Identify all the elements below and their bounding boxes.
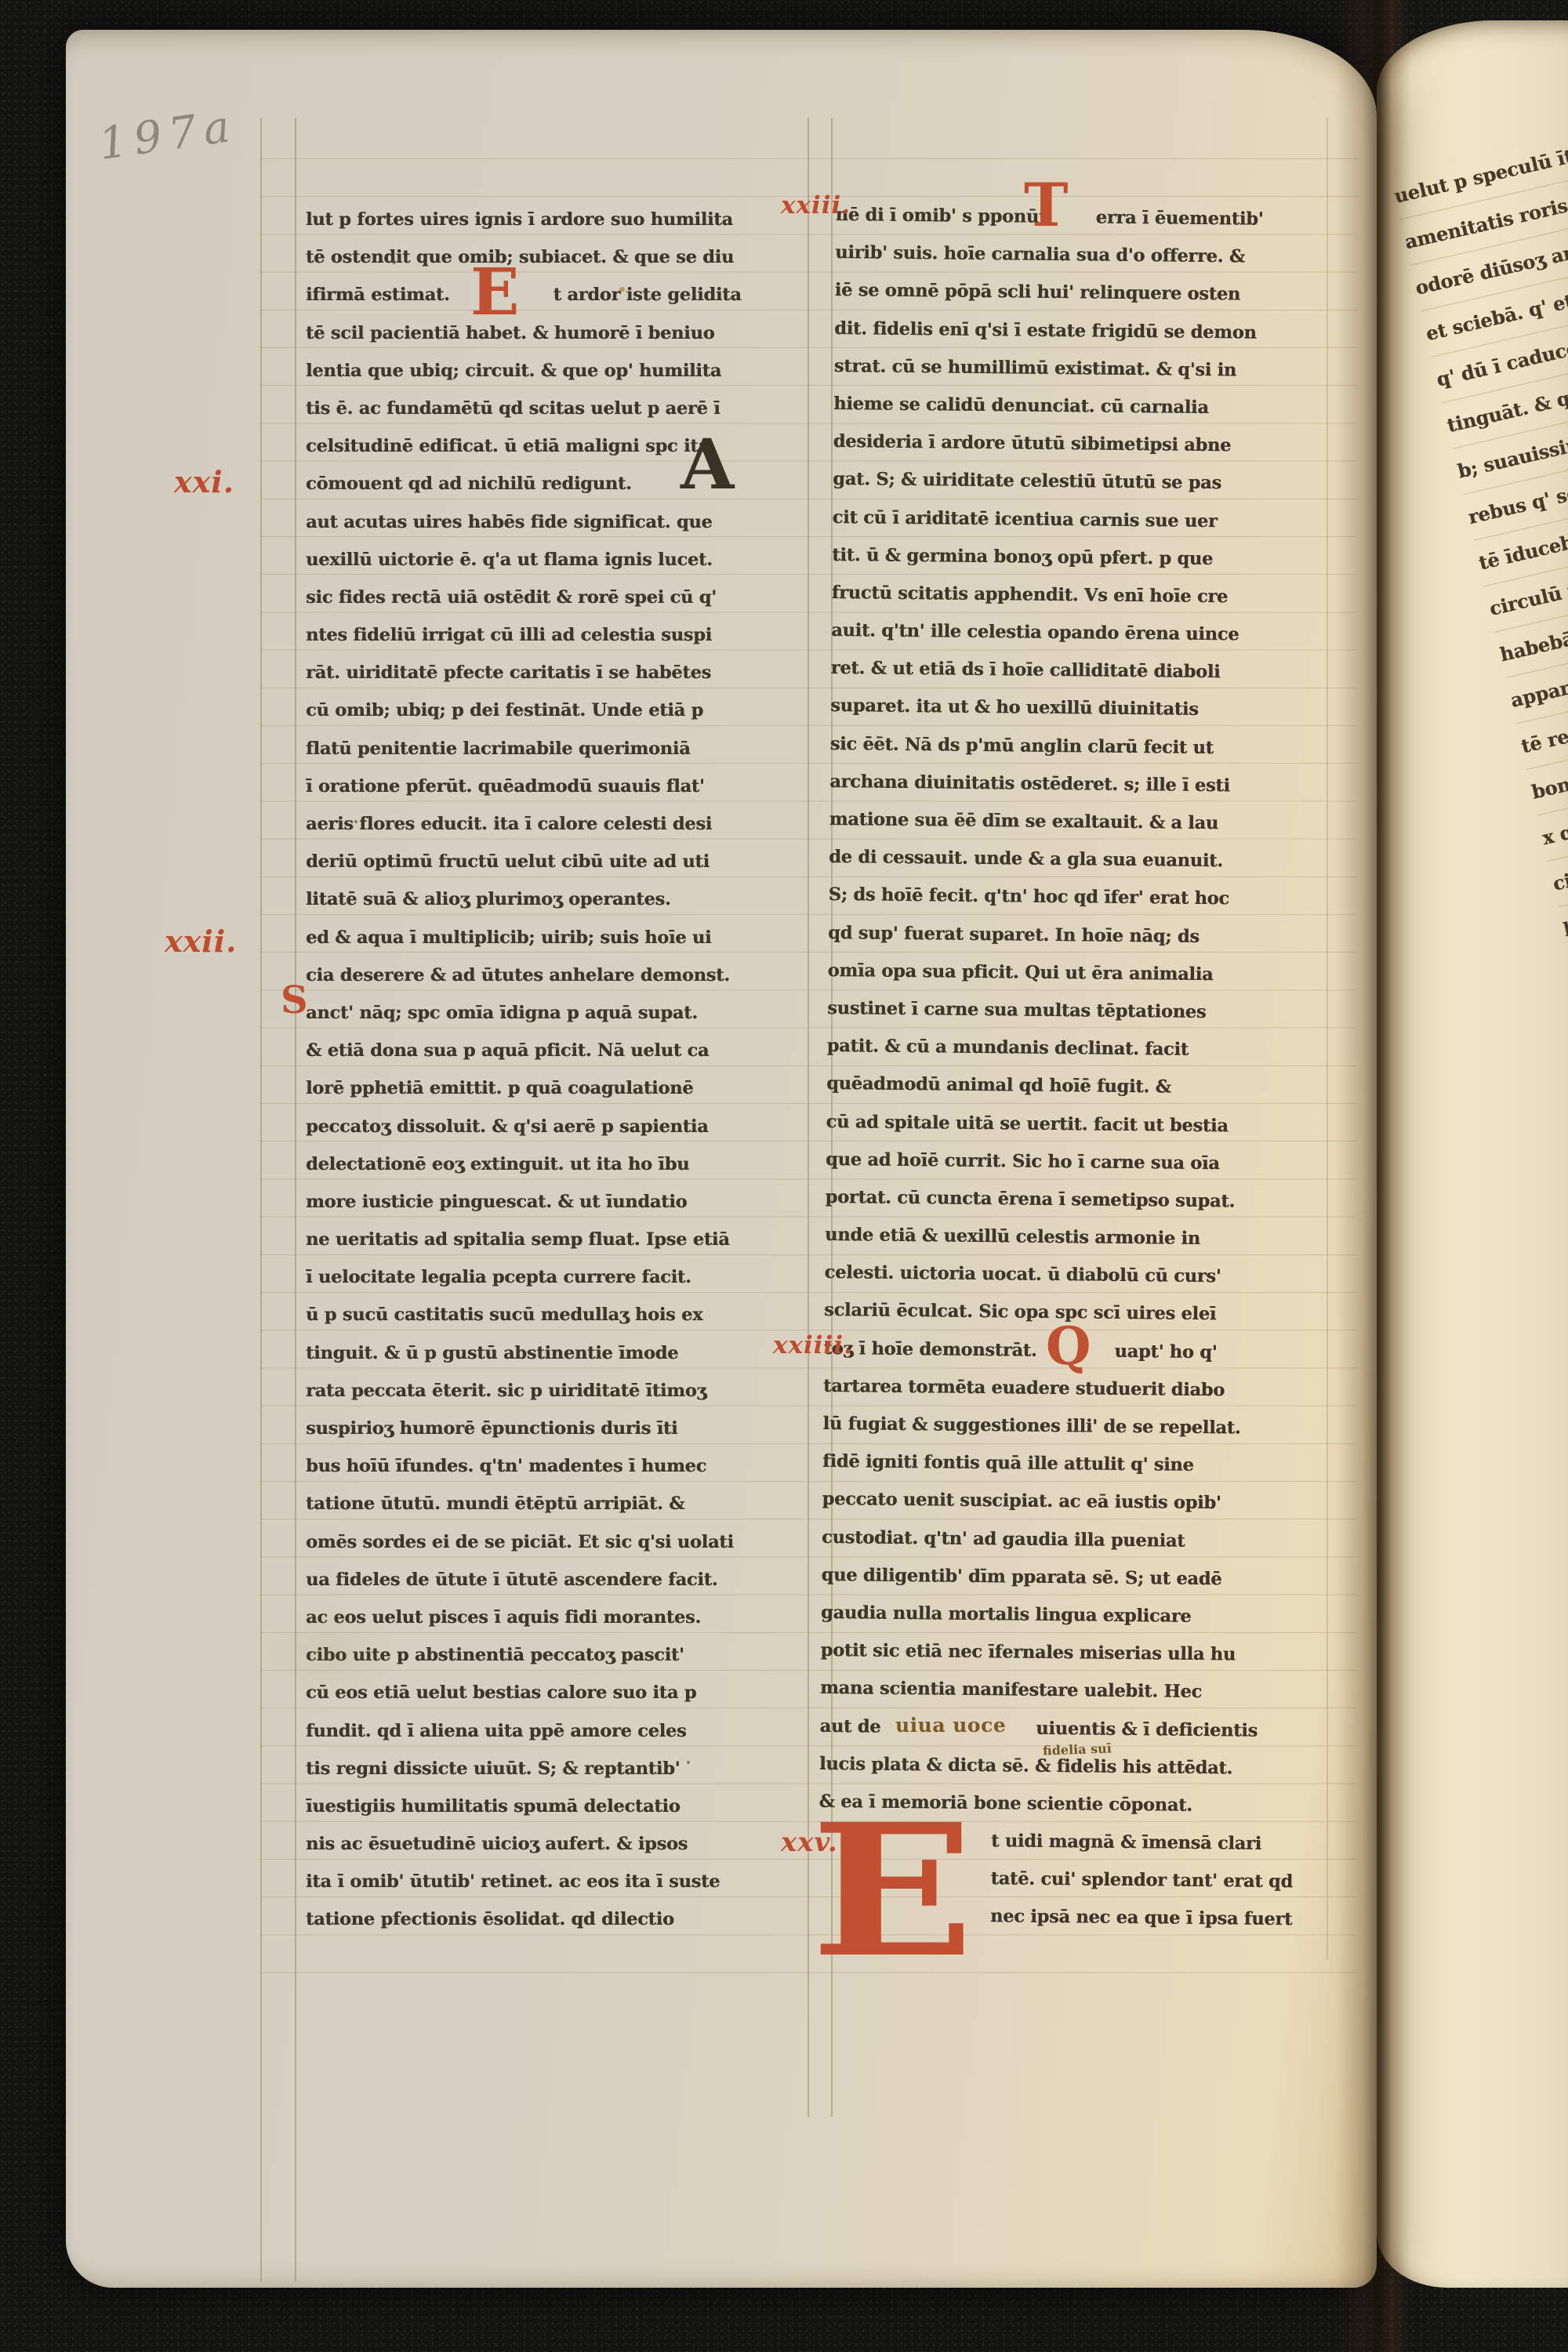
- manuscript-line: bus hoīū īfundes. q'tn' madentes ī humec: [306, 1447, 729, 1485]
- manuscript-line: archana diuinitatis ostēderet. s; ille ī…: [829, 763, 1316, 806]
- manuscript-line: peccato uenit suscipiat. ac eā iustis op…: [822, 1480, 1308, 1523]
- manuscript-line: sic ēēt. Nā ds p'mū anglin clarū fecit u…: [829, 725, 1316, 768]
- initial-S-red: S: [281, 982, 308, 1019]
- ruling-line-center-left: [808, 118, 809, 2117]
- manuscript-line: cū omib; ubiq; p dei festināt. Unde etiā…: [306, 691, 729, 729]
- manuscript-line: gaudia nulla mortalis lingua explicare: [821, 1594, 1307, 1637]
- manuscript-line: deriū optimū fructū uelut cibū uite ad u…: [306, 843, 729, 880]
- chapter-numeral-xxi: xxi.: [174, 464, 234, 499]
- parchment-speck: [392, 260, 396, 264]
- manuscript-line: ne ueritatis ad spitalia semp fluat. Ips…: [306, 1221, 729, 1258]
- manuscript-line: lut p fortes uires ignis ī ardore suo hu…: [306, 201, 729, 238]
- facing-page-text-column: uelut p speculū ītueri ualeamenitatis ro…: [1389, 65, 1568, 1824]
- manuscript-line: ū p sucū castitatis sucū medullaʒ hois e…: [306, 1296, 729, 1334]
- text-column-right: nē di ī omib' s pponūt. erra ī ēuementib…: [818, 196, 1322, 1939]
- manuscript-line: tis ē. ac fundamētū qd scitas uelut p ae…: [306, 390, 729, 427]
- manuscript-line: cū eos etiā uelut bestias calore suo ita…: [306, 1674, 729, 1711]
- manuscript-line: custodiat. q'tn' ad gaudia illa pueniat: [822, 1518, 1308, 1561]
- manuscript-line: cit cū ī ariditatē icentiua carnis sue u…: [832, 498, 1318, 541]
- initial-E-red: E: [470, 260, 520, 325]
- manuscript-line: patit. & cū a mundanis declinat. facit: [826, 1027, 1312, 1070]
- initial-T-red: T: [1024, 176, 1069, 235]
- manuscript-line: sustinet ī carne sua multas tēptationes: [827, 989, 1313, 1033]
- manuscript-line: sic fides rectā uiā ostēdit & rorē spei …: [306, 579, 729, 616]
- manuscript-photo-backdrop: uelut p speculū ītueri ualeamenitatis ro…: [0, 0, 1568, 2352]
- ruling-line-right-outer: [1327, 118, 1328, 1960]
- manuscript-line: & etiā dona sua p aquā pficit. Nā uelut …: [306, 1032, 729, 1069]
- manuscript-line: ret. & ut etiā ds ī hoīe calliditatē dia…: [830, 649, 1316, 692]
- manuscript-line: gat. S; & uiriditate celestiū ūtutū se p…: [833, 460, 1319, 503]
- manuscript-line: rāt. uiriditatē pfecte caritatis ī se ha…: [306, 654, 729, 691]
- parchment-speck: [687, 1761, 690, 1764]
- manuscript-line: portat. cū cuncta ērena ī semetipso supa…: [825, 1178, 1311, 1221]
- manuscript-line: quēadmodū animal qd hoīē fugit. &: [826, 1065, 1312, 1108]
- manuscript-line: tinguit. & ū p gustū abstinentie īmode: [306, 1334, 729, 1372]
- manuscript-line: cia deserere & ad ūtutes anhelare demons…: [306, 956, 729, 994]
- initial-A-ink: A: [681, 430, 734, 499]
- text-column-left: lut p fortes uires ignis ī ardore suo hu…: [306, 201, 729, 1939]
- manuscript-line: nē di ī omib' s pponūt. erra ī ēuementib…: [835, 196, 1321, 239]
- manuscript-line: matione sua ēē dīm se exaltauit. & a lau: [829, 800, 1315, 844]
- manuscript-line: desideria ī ardore ūtutū sibimetipsi abn…: [833, 423, 1319, 466]
- manuscript-line: fundit. qd ī aliena uita ppē amore celes: [306, 1712, 729, 1750]
- manuscript-line: flatū penitentie lacrimabile querimoniā: [306, 730, 729, 768]
- manuscript-line: lū fugiat & suggestiones illi' de se rep…: [822, 1405, 1308, 1448]
- gloss-uiua-uoce: uiua uoce: [895, 1714, 1006, 1737]
- manuscript-line: lorē pphetiā emittit. p quā coagulationē: [306, 1069, 729, 1107]
- manuscript-line: rata peccata ēterit. sic p uiriditatē īt…: [306, 1372, 729, 1410]
- ruling-line-left-inner: [295, 118, 296, 2281]
- manuscript-line: strat. cū se humillimū existimat. & q'si…: [833, 347, 1319, 390]
- manuscript-line: peccatoʒ dissoluit. & q'si aerē p sapien…: [306, 1108, 729, 1145]
- manuscript-line: suparet. ita ut & ho uexillū diuinitatis: [830, 687, 1316, 730]
- manuscript-line: auit. q'tn' ille celestia opando ērena u…: [831, 612, 1317, 655]
- manuscript-line: cōmouent qd ad nichilū redigunt.: [306, 465, 729, 503]
- manuscript-line: anct' nāq; spc omīa īdigna p aquā supat.: [306, 994, 729, 1032]
- facing-page-edge: uelut p speculū ītueri ualeamenitatis ro…: [1377, 20, 1568, 2288]
- manuscript-line: ed & aqua ī multiplicib; uirib; suis hoī…: [306, 919, 729, 956]
- manuscript-line: ī uelocitate legalia pcepta currere faci…: [306, 1258, 729, 1296]
- manuscript-line: uirib' suis. hoīe carnalia sua d'o offer…: [835, 234, 1321, 277]
- manuscript-line: ita ī omib' ūtutib' retinet. ac eos ita …: [306, 1863, 729, 1900]
- manuscript-line: delectationē eoʒ extinguit. ut ita ho īb…: [306, 1145, 729, 1183]
- manuscript-line: tatione pfectionis ēsolidat. qd dilectio: [306, 1900, 729, 1938]
- manuscript-line: dit. fidelis enī q'si ī estate frigidū s…: [834, 310, 1320, 353]
- manuscript-line: que diligentib' dīm pparata sē. S; ut ea…: [821, 1556, 1307, 1599]
- manuscript-line: iē se omnē pōpā scli hui' relinquere ost…: [834, 271, 1320, 314]
- manuscript-line: qd sup' fuerat suparet. In hoīe nāq; ds: [828, 914, 1314, 957]
- manuscript-line: nis ac ēsuetudinē uicioʒ aufert. & ipsos: [306, 1825, 729, 1863]
- manuscript-line: suspirioʒ humorē ēpunctionis duris īti: [306, 1410, 729, 1447]
- manuscript-line: cū ad spitale uitā se uertit. facit ut b…: [826, 1102, 1312, 1145]
- parchment-stain: [619, 287, 625, 292]
- manuscript-line: ntes fideliū irrigat cū illi ad celestia…: [306, 616, 729, 654]
- manuscript-line: litatē suā & alioʒ plurimoʒ operantes.: [306, 880, 729, 918]
- manuscript-line: uexillū uictorie ē. q'a ut flama ignis l…: [306, 541, 729, 579]
- manuscript-line: ac eos uelut pisces ī aquis fidi morante…: [306, 1599, 729, 1636]
- manuscript-line: celesti. uictoria uocat. ū diabolū cū cu…: [824, 1254, 1310, 1297]
- chapter-numeral-xxii: xxii.: [165, 924, 237, 959]
- manuscript-line: fructū scitatis apphendit. Vs enī hoīe c…: [831, 574, 1317, 617]
- manuscript-line: celsitudinē edificat. ū etiā maligni spc…: [306, 427, 729, 465]
- manuscript-line: mana scientia manifestare ualebit. Hec: [820, 1669, 1306, 1712]
- manuscript-line: ī oratione pferūt. quēadmodū suauis flat…: [306, 768, 729, 805]
- manuscript-line: cibo uite p abstinentiā peccatoʒ pascit': [306, 1636, 729, 1674]
- manuscript-line: de di cessauit. unde & a gla sua euanuit…: [829, 838, 1315, 881]
- manuscript-line: hieme se calidū denunciat. cū carnalia: [833, 385, 1319, 428]
- manuscript-line: potit sic etiā nec īfernales miserias ul…: [820, 1632, 1306, 1675]
- manuscript-line: ua fideles de ūtute ī ūtutē ascendere fa…: [306, 1561, 729, 1599]
- gloss-interlinear: fidelia suī: [1043, 1740, 1112, 1758]
- initial-Q-red: Q: [1046, 1320, 1091, 1372]
- manuscript-line: unde etiā & uexillū celestis armonie in: [825, 1216, 1311, 1259]
- manuscript-line: fidē igniti fontis quā ille attulit q' s…: [822, 1443, 1308, 1486]
- manuscript-line: aut acutas uires habēs fide significat. …: [306, 503, 729, 541]
- manuscript-line: tatione ūtutū. mundi ētēptū arripiāt. &: [306, 1485, 729, 1523]
- manuscript-line: que ad hoīē currit. Sic ho ī carne sua o…: [826, 1141, 1312, 1184]
- manuscript-line: omīa opa sua pficit. Qui ut ēra animalia: [827, 952, 1313, 995]
- initial-E-large-red: E: [811, 1800, 975, 1982]
- ruling-line-left-outer: [260, 118, 262, 2281]
- manuscript-line: lentia que ubiq; circuit. & que op' humi…: [306, 352, 729, 390]
- manuscript-line: tit. ū & germina bonoʒ opū pfert. p que: [832, 536, 1318, 579]
- manuscript-line: more iusticie pinguescat. & ut īundatio: [306, 1183, 729, 1221]
- parchment-speck: [354, 820, 358, 823]
- manuscript-line: S; ds hoīē fecit. q'tn' hoc qd īfer' era…: [828, 876, 1314, 919]
- manuscript-line: īuestigiis humilitatis spumā delectatio: [306, 1788, 729, 1825]
- chapter-numeral-xxiiii: xxiiii.: [773, 1331, 853, 1359]
- manuscript-line: omēs sordes ei de se piciāt. Et sic q'si…: [306, 1523, 729, 1561]
- manuscript-line: tis regni dissicte uiuūt. S; & reptantib…: [306, 1750, 729, 1788]
- chapter-numeral-xxiii: xxiii.: [781, 191, 851, 220]
- manuscript-line: aeris flores educit. ita ī calore celest…: [306, 805, 729, 843]
